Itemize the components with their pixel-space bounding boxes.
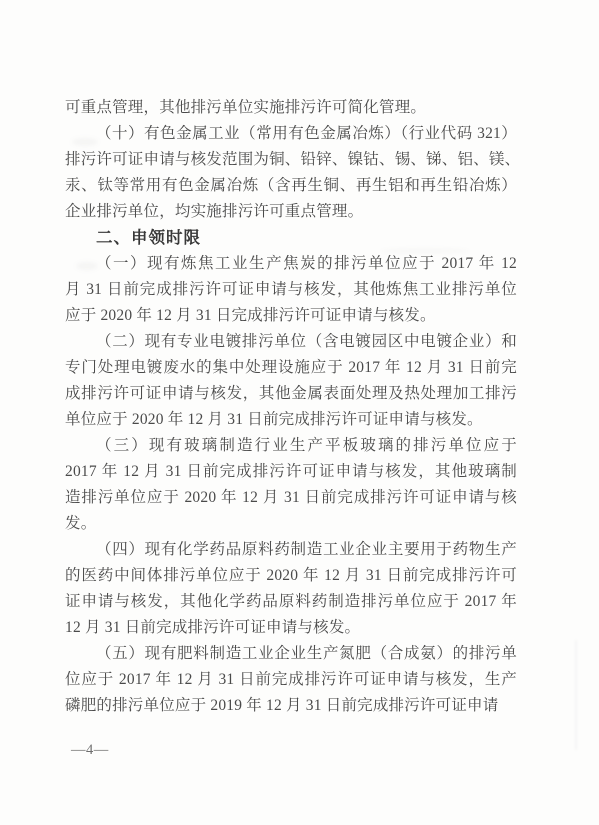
text-line: （十）有色金属工业（常用有色金属冶炼）（行业代码 321） — [96, 121, 517, 147]
text-line: （三）现有玻璃制造行业生产平板玻璃的排污单位应于 — [96, 433, 517, 459]
text-line: 造排污单位应于 2020 年 12 月 31 日前完成排污许可证申请与核 — [65, 485, 517, 511]
document-body: 可重点管理，其他排污单位实施排污许可简化管理。（十）有色金属工业（常用有色金属冶… — [65, 95, 517, 719]
text-line: 成排污许可证申请与核发，其他金属表面处理及热处理加工排污 — [65, 381, 517, 407]
text-line: 应于 2020 年 12 月 31 日完成排污许可证申请与核发。 — [65, 303, 517, 329]
text-line: 发。 — [65, 511, 517, 537]
text-line: （一）现有炼焦工业生产焦炭的排污单位应于 2017 年 12 — [96, 251, 517, 277]
page-number: —4— — [71, 740, 109, 760]
text-line: （四）现有化学药品原料药制造工业企业主要用于药物生产 — [96, 537, 517, 563]
text-line: （五）现有肥料制造工业企业生产氮肥（合成氨）的排污单 — [96, 641, 517, 667]
section-heading: 二、申领时限 — [96, 225, 517, 251]
text-line: （二）现有专业电镀排污单位（含电镀园区中电镀企业）和 — [96, 329, 517, 355]
text-line: 排污许可证申请与核发范围为铜、铅锌、镍钴、锡、锑、铝、镁、 — [65, 147, 517, 173]
text-line: 位应于 2017 年 12 月 31 日前完成排污许可证申请与核发，生产 — [65, 667, 517, 693]
text-line: 可重点管理，其他排污单位实施排污许可简化管理。 — [65, 95, 517, 121]
text-line: 企业排污单位，均实施排污许可重点管理。 — [65, 199, 517, 225]
text-line: 月 31 日前完成排污许可证申请与核发，其他炼焦工业排污单位 — [65, 277, 517, 303]
text-line: 磷肥的排污单位应于 2019 年 12 月 31 日前完成排污许可证申请 — [65, 693, 517, 719]
text-line: 的医药中间体排污单位应于 2020 年 12 月 31 日前完成排污许可 — [65, 563, 517, 589]
document-page: 可重点管理，其他排污单位实施排污许可简化管理。（十）有色金属工业（常用有色金属冶… — [0, 0, 599, 825]
text-line: 汞、钛等常用有色金属冶炼（含再生铜、再生铝和再生铅冶炼） — [65, 173, 517, 199]
text-line: 12 月 31 日前完成排污许可证申请与核发。 — [65, 615, 517, 641]
text-line: 2017 年 12 月 31 日前完成排污许可证申请与核发，其他玻璃制 — [65, 459, 517, 485]
text-line: 专门处理电镀废水的集中处理设施应于 2017 年 12 月 31 日前完 — [65, 355, 517, 381]
text-line: 证申请与核发，其他化学药品原料药制造排污单位应于 2017 年 — [65, 589, 517, 615]
scan-artifact — [575, 640, 577, 750]
text-line: 单位应于 2020 年 12 月 31 日前完成排污许可证申请与核发。 — [65, 407, 517, 433]
